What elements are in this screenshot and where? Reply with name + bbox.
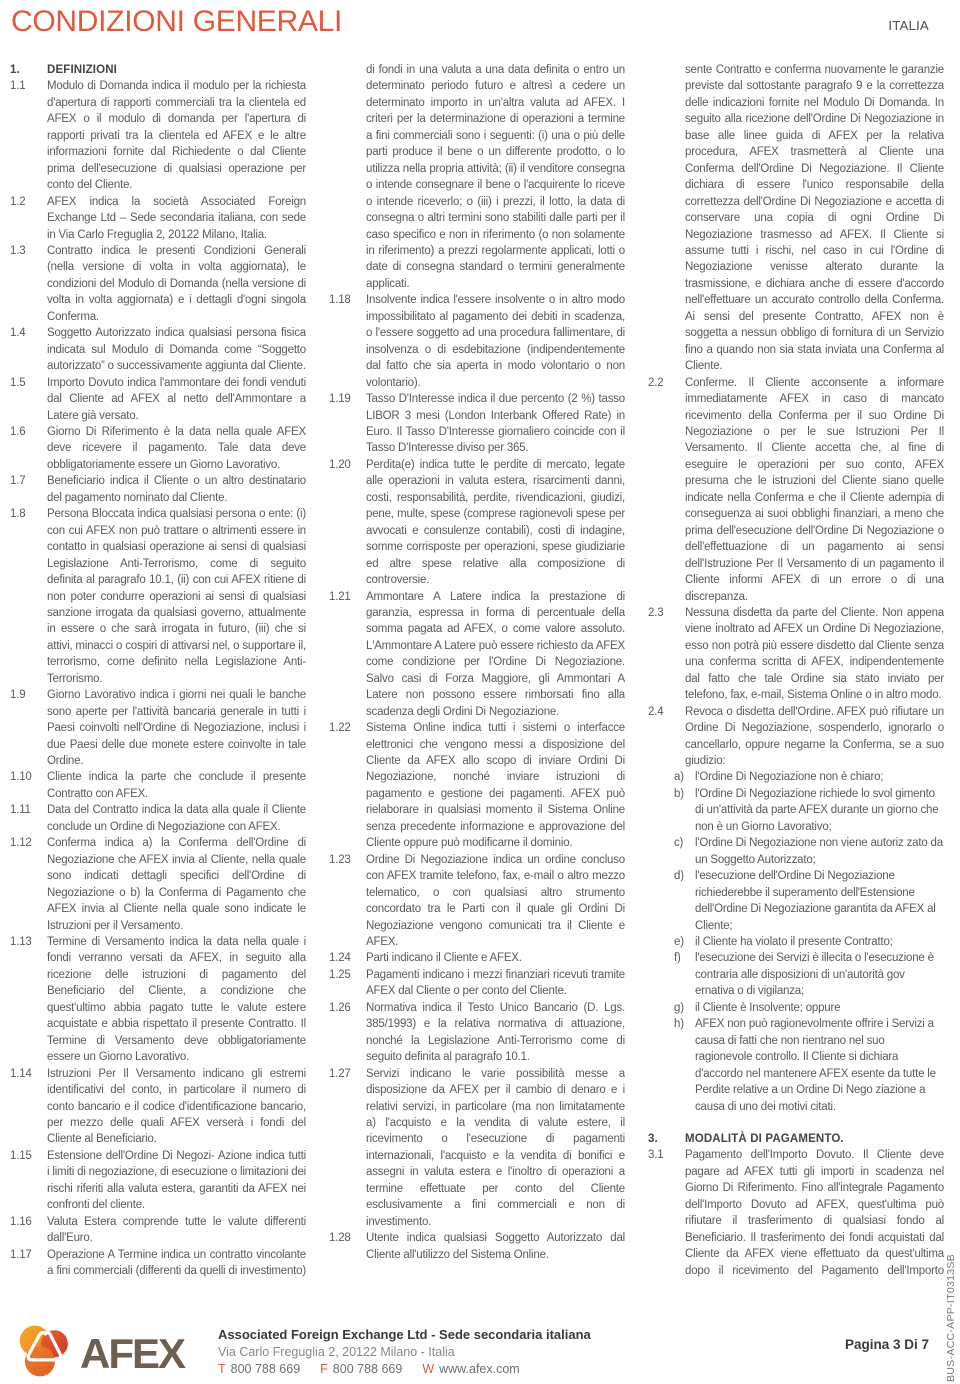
clause-number: 1.10	[10, 769, 47, 785]
clause-number: 2.	[329, 1279, 366, 1280]
paragraph-continuation: sente Contratto e conferma nuovamente le…	[648, 62, 944, 375]
clause-number: 1.11	[10, 802, 47, 818]
clause-text: Data del Contratto indica la data alla q…	[47, 802, 306, 835]
clause-text: Insolvente indica l'essere insolvente o …	[366, 292, 625, 391]
list-item: e)il Cliente ha violato il presente Cont…	[674, 934, 944, 950]
clause-text: l'Ordine Di Negoziazione non viene autor…	[695, 835, 944, 868]
clause-text: Conferme. Il Cliente acconsente a inform…	[685, 375, 944, 605]
website-url: www.afex.com	[439, 1362, 520, 1376]
section-title: ORDINI DI NEGOZIAZIONE E CONFERME	[366, 1279, 625, 1280]
clause-paragraph: 1.23Ordine Di Negoziazione indica un ord…	[329, 852, 625, 951]
company-address: Via Carlo Freguglia 2, 20122 Milano - It…	[218, 1345, 591, 1359]
clause-text: Ammontare A Latere indica la prestazione…	[366, 589, 625, 721]
afex-logo: AFEX	[13, 1324, 184, 1383]
clause-paragraph: 1.18Insolvente indica l'essere insolvent…	[329, 292, 625, 391]
clause-number: g)	[674, 1000, 695, 1016]
list-item: d)l'esecuzione dell'Ordine Di Negoziazio…	[674, 868, 944, 934]
clause-text: Termine di Versamento indica la data nel…	[47, 934, 306, 1066]
clause-number: 1.7	[10, 473, 47, 489]
clause-number: 1.28	[329, 1230, 366, 1246]
contact-line: T800 788 669 F800 788 669 Wwww.afex.com	[218, 1362, 591, 1376]
clause-number: d)	[674, 868, 695, 884]
clause-text: l'Ordine Di Negoziazione richiede lo svo…	[695, 786, 944, 835]
clause-number: 1.4	[10, 325, 47, 341]
phone-contact: T800 788 669	[218, 1362, 300, 1376]
clause-number: 1.	[10, 62, 47, 78]
clause-text: Soggetto Autorizzato indica qualsiasi pe…	[47, 325, 306, 374]
company-name: Associated Foreign Exchange Ltd - Sede s…	[218, 1327, 591, 1342]
clause-number: 2.4	[648, 704, 685, 720]
clause-number: a)	[674, 769, 695, 785]
clause-paragraph: 2.2Conferme. Il Cliente acconsente a inf…	[648, 375, 944, 605]
clause-paragraph: 2.4Revoca o disdetta dell'Ordine. AFEX p…	[648, 704, 944, 770]
fax-label: F	[320, 1362, 328, 1376]
clause-paragraph: 1.15Estensione dell'Ordine Di Negozi- Az…	[10, 1148, 306, 1214]
clause-text: Pagamento dell'Importo Dovuto. Il Client…	[685, 1147, 944, 1280]
section-title: DEFINIZIONI	[47, 62, 306, 78]
clause-text: di fondi in una valuta a una data defini…	[366, 62, 625, 292]
clause-text: Servizi indicano le varie possibilità me…	[366, 1066, 625, 1231]
clause-text: Ordine Di Negoziazione indica un ordine …	[366, 852, 625, 951]
clause-number: 1.6	[10, 424, 47, 440]
column-3: sente Contratto e conferma nuovamente le…	[648, 62, 944, 1280]
clause-text: Conferma indica a) la Conferma dell'Ordi…	[47, 835, 306, 934]
clause-text: Perdita(e) indica tutte le perdite di me…	[366, 457, 625, 589]
clause-number: 1.14	[10, 1066, 47, 1082]
clause-text: Beneficiario indica il Cliente o un altr…	[47, 473, 306, 506]
clause-number: 1.25	[329, 967, 366, 983]
clause-number: f)	[674, 950, 695, 966]
clause-text: l'Ordine Di Negoziazione non è chiaro;	[695, 769, 944, 785]
clause-paragraph: 1.17Operazione A Termine indica un contr…	[10, 1247, 306, 1280]
clause-text: il Cliente è Insolvente; oppure	[695, 1000, 944, 1016]
paragraph-continuation: di fondi in una valuta a una data defini…	[329, 62, 625, 292]
clause-paragraph: 1.9Giorno Lavorativo indica i giorni nei…	[10, 687, 306, 769]
clause-text: Istruzioni Per Il Versamento indicano gl…	[47, 1066, 306, 1148]
list-item: b)l'Ordine Di Negoziazione richiede lo s…	[674, 786, 944, 835]
clause-text: AFEX non può ragionevolmente offrire i S…	[695, 1016, 944, 1115]
clause-paragraph: 1.1Modulo di Domanda indica il modulo pe…	[10, 78, 306, 193]
clause-number: 1.1	[10, 78, 47, 94]
clause-paragraph: 1.8Persona Bloccata indica qualsiasi per…	[10, 506, 306, 687]
clause-paragraph: 2.3Nessuna disdetta da parte del Cliente…	[648, 605, 944, 704]
clause-number: 1.9	[10, 687, 47, 703]
clause-number: 1.19	[329, 391, 366, 407]
clause-number: 1.2	[10, 194, 47, 210]
afex-wordmark: AFEX	[80, 1333, 184, 1375]
clause-number: 1.23	[329, 852, 366, 868]
clause-text: Importo Dovuto indica l'ammontare dei fo…	[47, 375, 306, 424]
clause-number: 2.3	[648, 605, 685, 621]
column-2: di fondi in una valuta a una data defini…	[329, 62, 625, 1280]
clause-text: Pagamenti indicano i mezzi finanziari ri…	[366, 967, 625, 1000]
clause-number: 3.1	[648, 1147, 685, 1163]
clause-number: c)	[674, 835, 695, 851]
clause-paragraph: 1.10Cliente indica la parte che conclude…	[10, 769, 306, 802]
clause-number: 1.16	[10, 1214, 47, 1230]
page-number: Pagina 3 Di 7	[845, 1337, 929, 1352]
web-contact: Wwww.afex.com	[422, 1362, 519, 1376]
clause-paragraph: 1.12Conferma indica a) la Conferma dell'…	[10, 835, 306, 934]
clause-text: AFEX indica la società Associated Foreig…	[47, 194, 306, 243]
footer-info: Associated Foreign Exchange Ltd - Sede s…	[218, 1327, 591, 1376]
clause-text: Tasso D'Interesse indica il due percento…	[366, 391, 625, 457]
clause-number: b)	[674, 786, 695, 802]
list-item: f)l'esecuzione dei Servizi è illecita o …	[674, 950, 944, 999]
clause-number: 1.24	[329, 950, 366, 966]
phone-number: 800 788 669	[231, 1362, 301, 1376]
clause-text: Giorno Di Riferimento è la data nella qu…	[47, 424, 306, 473]
clause-number: e)	[674, 934, 695, 950]
clause-text: Nessuna disdetta da parte del Cliente. N…	[685, 605, 944, 704]
clause-number: 1.22	[329, 720, 366, 736]
clause-paragraph: 1.24Parti indicano il Cliente e AFEX.	[329, 950, 625, 966]
clause-text: Valuta Estera comprende tutte le valute …	[47, 1214, 306, 1247]
page-footer: AFEX Associated Foreign Exchange Ltd - S…	[13, 1322, 947, 1384]
clause-number: 1.27	[329, 1066, 366, 1082]
clause-paragraph: 1.14Istruzioni Per Il Versamento indican…	[10, 1066, 306, 1148]
clause-paragraph: 1.21Ammontare A Latere indica la prestaz…	[329, 589, 625, 721]
clause-text: l'esecuzione dei Servizi è illecita o l'…	[695, 950, 944, 999]
country-label: ITALIA	[888, 18, 929, 33]
clause-text: Contratto indica le presenti Condizioni …	[47, 243, 306, 325]
clause-paragraph: 1.6Giorno Di Riferimento è la data nella…	[10, 424, 306, 473]
clause-number: 1.26	[329, 1000, 366, 1016]
clause-text: Parti indicano il Cliente e AFEX.	[366, 950, 625, 966]
list-item: c)l'Ordine Di Negoziazione non viene aut…	[674, 835, 944, 868]
clause-paragraph: 1.28Utente indica qualsiasi Soggetto Aut…	[329, 1230, 625, 1263]
document-body: 1.DEFINIZIONI1.1Modulo di Domanda indica…	[10, 62, 944, 1280]
clause-number: 1.18	[329, 292, 366, 308]
list-item: h)AFEX non può ragionevolmente offrire i…	[674, 1016, 944, 1115]
fax-contact: F800 788 669	[320, 1362, 402, 1376]
phone-label: T	[218, 1362, 226, 1376]
clause-text: sente Contratto e conferma nuovamente le…	[685, 62, 944, 375]
clause-text: Normativa indica il Testo Unico Bancario…	[366, 1000, 625, 1066]
clause-number: 1.8	[10, 506, 47, 522]
clause-number: 1.5	[10, 375, 47, 391]
clause-text: Cliente indica la parte che conclude il …	[47, 769, 306, 802]
clause-number: 3.	[648, 1131, 685, 1147]
section-title: MODALITÀ DI PAGAMENTO.	[685, 1131, 944, 1147]
clause-number: 1.12	[10, 835, 47, 851]
clause-paragraph: 1.3Contratto indica le presenti Condizio…	[10, 243, 306, 325]
clause-paragraph: 3.1Pagamento dell'Importo Dovuto. Il Cli…	[648, 1147, 944, 1280]
fax-number: 800 788 669	[333, 1362, 403, 1376]
column-1: 1.DEFINIZIONI1.1Modulo di Domanda indica…	[10, 62, 306, 1280]
clause-text: il Cliente ha violato il presente Contra…	[695, 934, 944, 950]
clause-text: Operazione A Termine indica un contratto…	[47, 1247, 306, 1280]
document-code: BUS-ACC-APP-IT0313SB	[945, 1254, 957, 1382]
clause-paragraph: 1.13Termine di Versamento indica la data…	[10, 934, 306, 1066]
list-item: a)l'Ordine Di Negoziazione non è chiaro;	[674, 769, 944, 785]
clause-text: Sistema Online indica tutti i sistemi o …	[366, 720, 625, 852]
clause-paragraph: 1.20Perdita(e) indica tutte le perdite d…	[329, 457, 625, 589]
document-page: CONDIZIONI GENERALI ITALIA 1.DEFINIZIONI…	[0, 0, 960, 1384]
clause-text: Estensione dell'Ordine Di Negozi- Azione…	[47, 1148, 306, 1214]
clause-paragraph: 1.26Normativa indica il Testo Unico Banc…	[329, 1000, 625, 1066]
clause-number: 1.13	[10, 934, 47, 950]
clause-paragraph: 1.27Servizi indicano le varie possibilit…	[329, 1066, 625, 1231]
clause-paragraph: 1.22Sistema Online indica tutti i sistem…	[329, 720, 625, 852]
clause-text: Persona Bloccata indica qualsiasi person…	[47, 506, 306, 687]
section-heading: 2.ORDINI DI NEGOZIAZIONE E CONFERME	[329, 1279, 625, 1280]
clause-paragraph: 1.25Pagamenti indicano i mezzi finanziar…	[329, 967, 625, 1000]
section-heading: 1.DEFINIZIONI	[10, 62, 306, 78]
web-label: W	[422, 1362, 434, 1376]
clause-paragraph: 1.11Data del Contratto indica la data al…	[10, 802, 306, 835]
page-title: CONDIZIONI GENERALI	[11, 5, 342, 39]
clause-text: Giorno Lavorativo indica i giorni nei qu…	[47, 687, 306, 769]
clause-paragraph: 1.7Beneficiario indica il Cliente o un a…	[10, 473, 306, 506]
clause-paragraph: 1.19Tasso D'Interesse indica il due perc…	[329, 391, 625, 457]
list-item: g)il Cliente è Insolvente; oppure	[674, 1000, 944, 1016]
clause-text: Modulo di Domanda indica il modulo per l…	[47, 78, 306, 193]
clause-paragraph: 1.16Valuta Estera comprende tutte le val…	[10, 1214, 306, 1247]
clause-paragraph: 1.5Importo Dovuto indica l'ammontare dei…	[10, 375, 306, 424]
clause-number: 1.17	[10, 1247, 47, 1263]
clause-number: h)	[674, 1016, 695, 1032]
clause-number: 1.21	[329, 589, 366, 605]
clause-text: Revoca o disdetta dell'Ordine. AFEX può …	[685, 704, 944, 770]
clause-number: 1.3	[10, 243, 47, 259]
clause-paragraph: 1.4Soggetto Autorizzato indica qualsiasi…	[10, 325, 306, 374]
clause-text: l'esecuzione dell'Ordine Di Negoziazione…	[695, 868, 944, 934]
section-heading: 3.MODALITÀ DI PAGAMENTO.	[648, 1131, 944, 1147]
afex-trefoil-icon	[13, 1324, 71, 1383]
clause-number: 2.2	[648, 375, 685, 391]
clause-text: Utente indica qualsiasi Soggetto Autoriz…	[366, 1230, 625, 1263]
clause-number: 1.15	[10, 1148, 47, 1164]
clause-number: 1.20	[329, 457, 366, 473]
clause-paragraph: 1.2AFEX indica la società Associated For…	[10, 194, 306, 243]
